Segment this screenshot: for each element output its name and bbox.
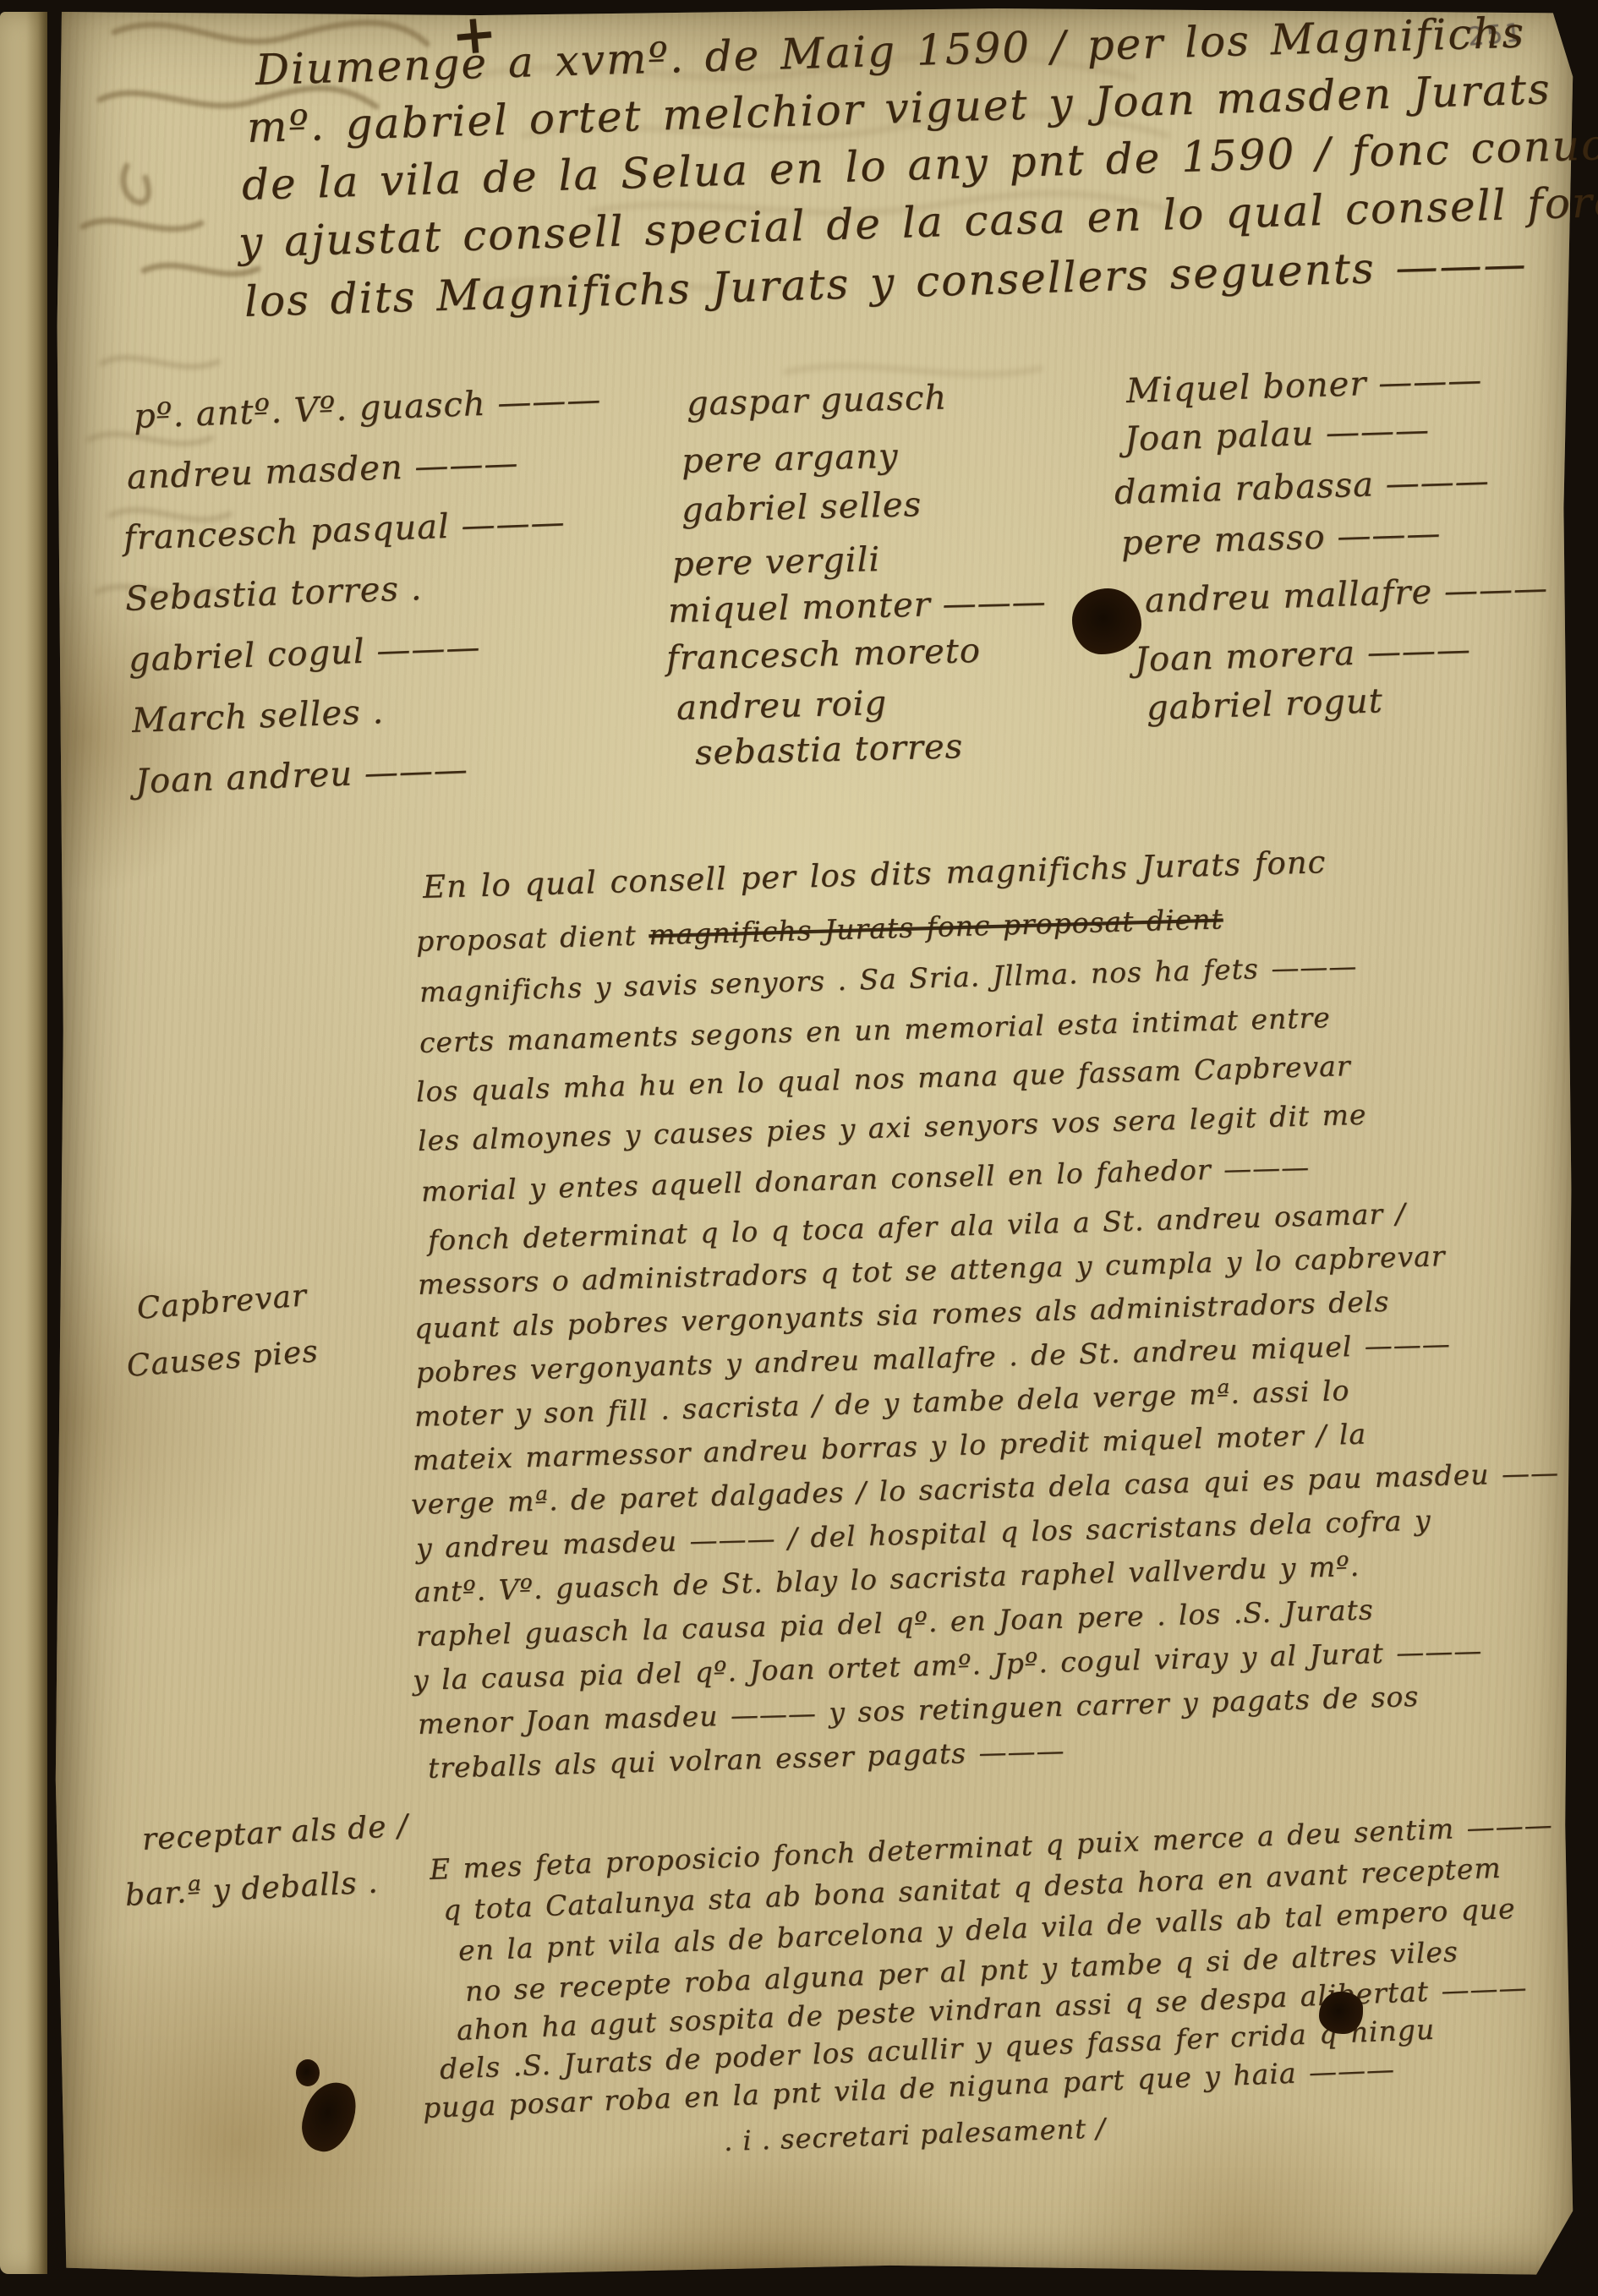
attendee-name: andreu roig bbox=[676, 684, 887, 728]
attendee-name: pere vergili bbox=[671, 540, 880, 584]
ink-blot bbox=[1319, 1992, 1363, 2034]
attendee-name: sebastia torres bbox=[694, 727, 963, 773]
manuscript-scan: 251 + Diumenge a xvmº. de Maig 1590 / pe… bbox=[0, 0, 1598, 2296]
body-line-text: proposat dient bbox=[415, 918, 649, 958]
attendee-name: pere argany bbox=[681, 437, 899, 481]
attendee-name: gabriel rogut bbox=[1146, 681, 1383, 728]
previous-page-edge bbox=[0, 12, 47, 2274]
attendee-name: gaspar guasch bbox=[686, 378, 947, 424]
ink-blot bbox=[1072, 588, 1141, 654]
attendee-name: gabriel selles bbox=[681, 485, 922, 530]
attendee-name: francesch moreto bbox=[665, 631, 981, 678]
ink-blot bbox=[296, 2059, 320, 2086]
